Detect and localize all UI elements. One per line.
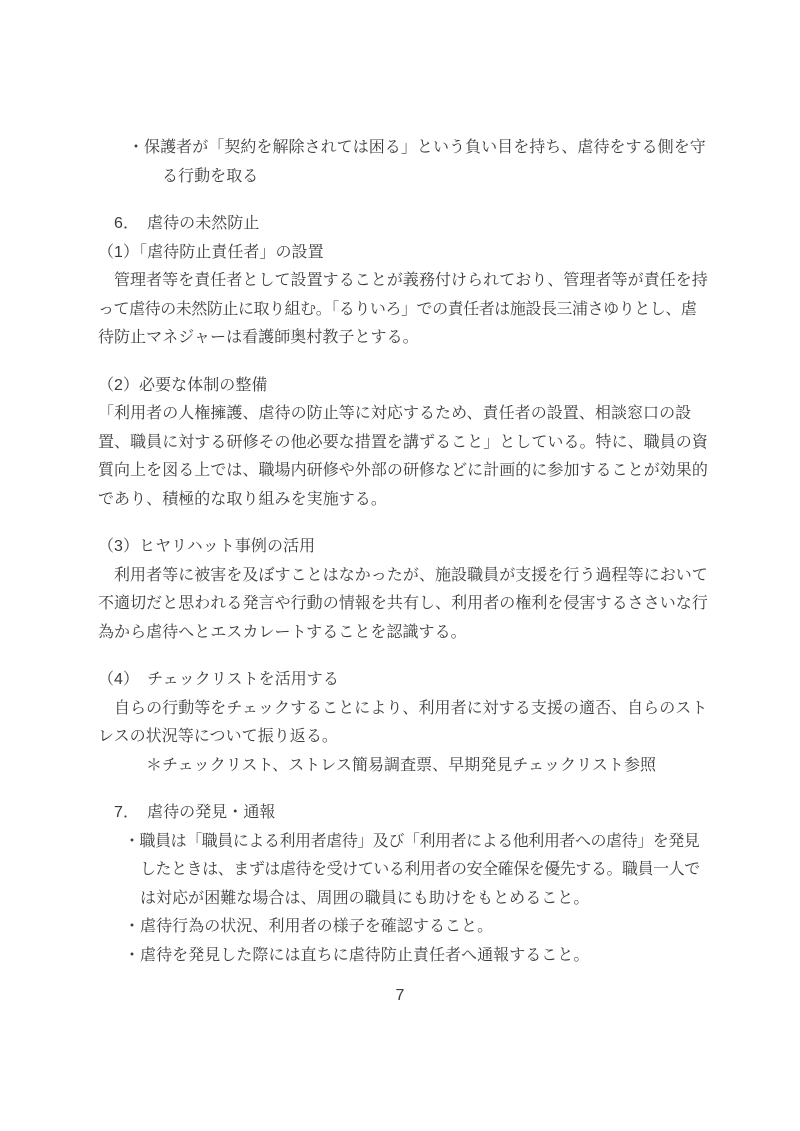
paragraph-line: 不適切だと思われる発言や行動の情報を共有し、利用者の権利を侵害するささいな行	[98, 590, 738, 619]
document-page: ・保護者が「契約を解除されては困る」という負い目を持ち、虐待をする側を守 る行動…	[0, 0, 738, 1011]
bullet-item: ・虐待を発見した際には直ちに虐待防止責任者へ通報すること。	[98, 942, 738, 971]
paragraph-line: 自らの行動等をチェックすることにより、利用者に対する支援の適否、自らのスト	[98, 695, 738, 724]
paragraph-line: レスの状況等について振り返る。	[98, 723, 738, 752]
bullet-item-continuation: したときは、まずは虐待を受けている利用者の安全確保を優先する。職員一人で	[98, 856, 738, 885]
subsection-heading-6-3: （3）ヒヤリハット事例の活用	[98, 533, 738, 562]
section-heading-7: 7． 虐待の発見・通報	[98, 799, 738, 828]
paragraph-line: 為から虐待へとエスカレートすることを認識する。	[98, 619, 738, 648]
paragraph-line: って虐待の未然防止に取り組む。「るりいろ」での責任者は施設長三浦さゆりとし、虐	[98, 296, 738, 325]
paragraph-line: 管理者等を責任者として設置することが義務付けられており、管理者等が責任を持	[98, 267, 738, 296]
paragraph-line: 「利用者の人権擁護、虐待の防止等に対応するため、責任者の設置、相談窓口の設	[98, 400, 738, 429]
reference-note: ＊チェックリスト、ストレス簡易調査票、早期発見チェックリスト参照	[98, 752, 738, 781]
paragraph-line: 待防止マネジャーは看護師奥村教子とする。	[98, 324, 738, 353]
bullet-item: ・虐待行為の状況、利用者の様子を確認すること。	[98, 913, 738, 942]
paragraph-line: 置、職員に対する研修その他必要な措置を講ずること」としている。特に、職員の資	[98, 429, 738, 458]
section-heading-6: 6． 虐待の未然防止	[98, 210, 738, 239]
paragraph-line: であり、積極的な取り組みを実施する。	[98, 486, 738, 515]
paragraph-line: 質向上を図る上では、職場内研修や外部の研修などに計画的に参加することが効果的	[98, 457, 738, 486]
bullet-item-continuation: る行動を取る	[98, 163, 738, 192]
paragraph-line: 利用者等に被害を及ぼすことはなかったが、施設職員が支援を行う過程等において	[98, 562, 738, 591]
bullet-item: ・保護者が「契約を解除されては困る」という負い目を持ち、虐待をする側を守	[98, 134, 738, 163]
bullet-item: ・職員は「職員による利用者虐待」及び「利用者による他利用者への虐待」を発見	[98, 828, 738, 857]
subsection-heading-6-4: （4） チェックリストを活用する	[98, 666, 738, 695]
page-number: 7	[98, 982, 702, 1011]
bullet-item-continuation: は対応が困難な場合は、周囲の職員にも助けをもとめること。	[98, 885, 738, 914]
subsection-heading-6-2: （2）必要な体制の整備	[98, 372, 738, 401]
subsection-heading-6-1: （1）「虐待防止責任者」の設置	[98, 239, 738, 268]
